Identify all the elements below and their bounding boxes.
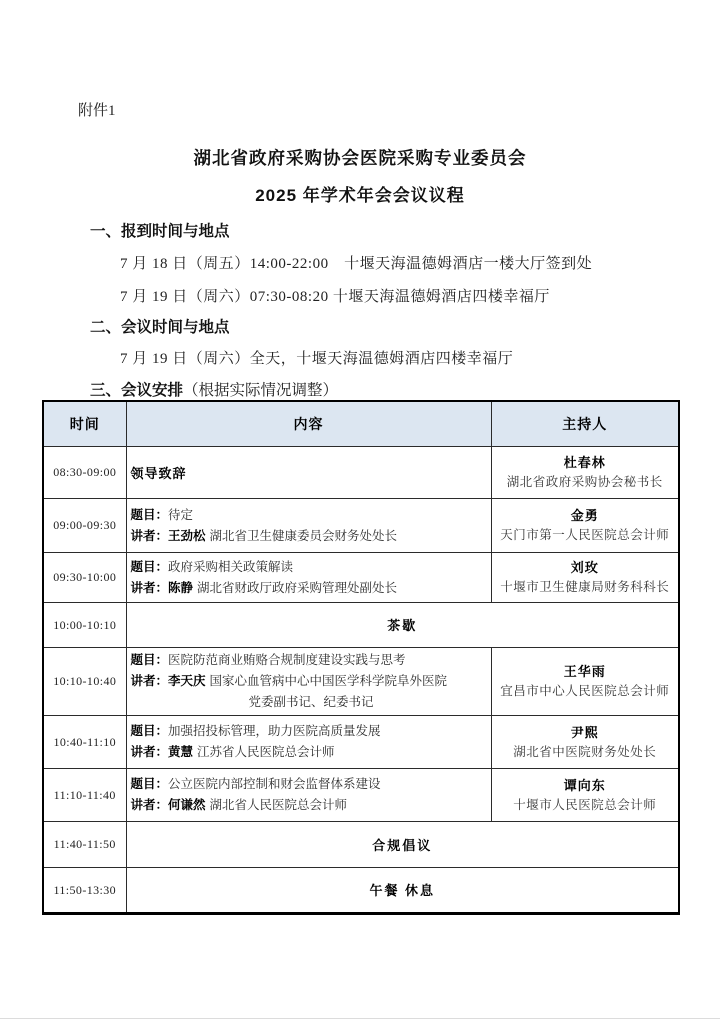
time-cell: 08:30-09:00: [43, 447, 126, 499]
host-title: 湖北省中医院财务处处长: [496, 743, 675, 762]
host-title: 湖北省政府采购协会秘书长: [496, 473, 675, 492]
topic-label: 题目：: [131, 653, 169, 667]
host-title: 宜昌市中心人民医院总会计师: [496, 682, 675, 701]
agenda-table-body: 08:30-09:00领导致辞杜春林湖北省政府采购协会秘书长09:00-09:3…: [43, 447, 679, 914]
section3-heading: 三、会议安排（根据实际情况调整）: [90, 378, 338, 400]
topic-label: 题目：: [131, 508, 169, 522]
content-cell: 题目：加强招投标管理，助力医院高质量发展讲者：黄慧江苏省人民医院总会计师: [126, 716, 491, 769]
host-cell: 王华雨宜昌市中心人民医院总会计师: [491, 648, 679, 716]
speaker-label: 讲者：: [131, 745, 169, 759]
header-time: 时间: [43, 401, 126, 447]
host-name: 谭向东: [496, 776, 675, 796]
content-cell: 领导致辞: [126, 447, 491, 499]
speaker-line: 讲者：王劲松湖北省卫生健康委员会财务处处长: [131, 526, 487, 547]
section3-heading-note: （根据实际情况调整）: [183, 382, 338, 399]
host-cell: 杜春林湖北省政府采购协会秘书长: [491, 447, 679, 499]
speaker-label: 讲者：: [131, 529, 169, 543]
host-name: 金勇: [496, 506, 675, 526]
table-row: 09:00-09:30题目：待定讲者：王劲松湖北省卫生健康委员会财务处处长金勇天…: [43, 499, 679, 553]
topic-line: 题目：待定: [131, 505, 487, 526]
time-cell: 10:40-11:10: [43, 716, 126, 769]
table-row: 08:30-09:00领导致辞杜春林湖北省政府采购协会秘书长: [43, 447, 679, 499]
speaker-name: 李天庆: [168, 674, 206, 688]
content-cell: 题目：公立医院内部控制和财会监督体系建设讲者：何谦然湖北省人民医院总会计师: [126, 769, 491, 822]
table-row: 10:10-10:40题目：医院防范商业贿赂合规制度建设实践与思考讲者：李天庆国…: [43, 648, 679, 716]
time-cell: 09:00-09:30: [43, 499, 126, 553]
topic-label: 题目：: [131, 560, 169, 574]
document-title-line2: 2025 年学术年会会议议程: [0, 181, 720, 206]
speaker-line: 讲者：陈静湖北省财政厅政府采购管理处副处长: [131, 578, 487, 599]
header-content: 内容: [126, 401, 491, 447]
host-name: 刘玫: [496, 558, 675, 578]
attachment-label: 附件1: [78, 99, 116, 120]
merged-content-text: 午餐 休息: [369, 883, 435, 898]
host-name: 王华雨: [496, 662, 675, 682]
table-row: 09:30-10:00题目：政府采购相关政策解读讲者：陈静湖北省财政厅政府采购管…: [43, 553, 679, 603]
speaker-line: 讲者：何谦然湖北省人民医院总会计师: [131, 795, 487, 816]
host-cell: 谭向东十堰市人民医院总会计师: [491, 769, 679, 822]
content-cell: 题目：政府采购相关政策解读讲者：陈静湖北省财政厅政府采购管理处副处长: [126, 553, 491, 603]
merged-content-text: 合规倡议: [372, 838, 432, 853]
merged-content-text: 茶歇: [387, 618, 417, 633]
speaker-line: 讲者：黄慧江苏省人民医院总会计师: [131, 742, 487, 763]
topic-line: 题目：加强招投标管理，助力医院高质量发展: [131, 721, 487, 742]
topic-line: 题目：医院防范商业贿赂合规制度建设实践与思考: [131, 650, 487, 671]
host-title: 十堰市人民医院总会计师: [496, 796, 675, 815]
host-name: 尹熙: [496, 723, 675, 743]
section1-heading: 一、报到时间与地点: [90, 219, 230, 241]
meeting-time-line: 7 月 19 日（周六）全天，十堰天海温德姆酒店四楼幸福厅: [120, 347, 513, 368]
topic-label: 题目：: [131, 777, 169, 791]
host-cell: 尹熙湖北省中医院财务处处长: [491, 716, 679, 769]
table-header-row: 时间 内容 主持人: [43, 401, 679, 447]
merged-content-cell: 茶歇: [126, 603, 679, 648]
speaker-name: 陈静: [168, 581, 193, 595]
agenda-table: 时间 内容 主持人 08:30-09:00领导致辞杜春林湖北省政府采购协会秘书长…: [42, 400, 680, 915]
speaker-name: 何谦然: [168, 798, 206, 812]
time-cell: 11:10-11:40: [43, 769, 126, 822]
time-cell: 11:50-13:30: [43, 868, 126, 914]
speaker-name: 黄慧: [168, 745, 193, 759]
section2-heading: 二、会议时间与地点: [90, 315, 230, 337]
speaker-title-continuation: 党委副书记、纪委书记: [131, 692, 487, 713]
time-cell: 10:10-10:40: [43, 648, 126, 716]
table-row: 11:50-13:30午餐 休息: [43, 868, 679, 914]
merged-content-cell: 合规倡议: [126, 822, 679, 868]
time-cell: 10:00-10:10: [43, 603, 126, 648]
registration-line-2: 7 月 19 日（周六）07:30-08:20 十堰天海温德姆酒店四楼幸福厅: [120, 285, 550, 306]
speaker-label: 讲者：: [131, 581, 169, 595]
host-title: 十堰市卫生健康局财务科科长: [496, 578, 675, 597]
document-page: 附件1 湖北省政府采购协会医院采购专业委员会 2025 年学术年会会议议程 一、…: [0, 0, 720, 1019]
table-row: 10:40-11:10题目：加强招投标管理，助力医院高质量发展讲者：黄慧江苏省人…: [43, 716, 679, 769]
section3-heading-bold: 三、会议安排: [90, 382, 183, 399]
speaker-line: 讲者：李天庆国家心血管病中心中国医学科学院阜外医院: [131, 671, 487, 692]
topic-label: 题目：: [131, 724, 169, 738]
topic-line: 题目：公立医院内部控制和财会监督体系建设: [131, 774, 487, 795]
content-cell: 题目：待定讲者：王劲松湖北省卫生健康委员会财务处处长: [126, 499, 491, 553]
merged-content-cell: 午餐 休息: [126, 868, 679, 914]
table-row: 11:40-11:50合规倡议: [43, 822, 679, 868]
header-host: 主持人: [491, 401, 679, 447]
content-cell: 题目：医院防范商业贿赂合规制度建设实践与思考讲者：李天庆国家心血管病中心中国医学…: [126, 648, 491, 716]
content-bold-text: 领导致辞: [131, 466, 187, 481]
topic-line: 题目：政府采购相关政策解读: [131, 557, 487, 578]
time-cell: 09:30-10:00: [43, 553, 126, 603]
table-row: 11:10-11:40题目：公立医院内部控制和财会监督体系建设讲者：何谦然湖北省…: [43, 769, 679, 822]
speaker-label: 讲者：: [131, 798, 169, 812]
registration-line-1: 7 月 18 日（周五）14:00-22:00 十堰天海温德姆酒店一楼大厅签到处: [120, 252, 592, 273]
host-name: 杜春林: [496, 453, 675, 473]
host-title: 天门市第一人民医院总会计师: [496, 526, 675, 545]
host-cell: 金勇天门市第一人民医院总会计师: [491, 499, 679, 553]
speaker-name: 王劲松: [168, 529, 206, 543]
time-cell: 11:40-11:50: [43, 822, 126, 868]
table-row: 10:00-10:10茶歇: [43, 603, 679, 648]
speaker-label: 讲者：: [131, 674, 169, 688]
host-cell: 刘玫十堰市卫生健康局财务科科长: [491, 553, 679, 603]
document-title-line1: 湖北省政府采购协会医院采购专业委员会: [0, 145, 720, 170]
